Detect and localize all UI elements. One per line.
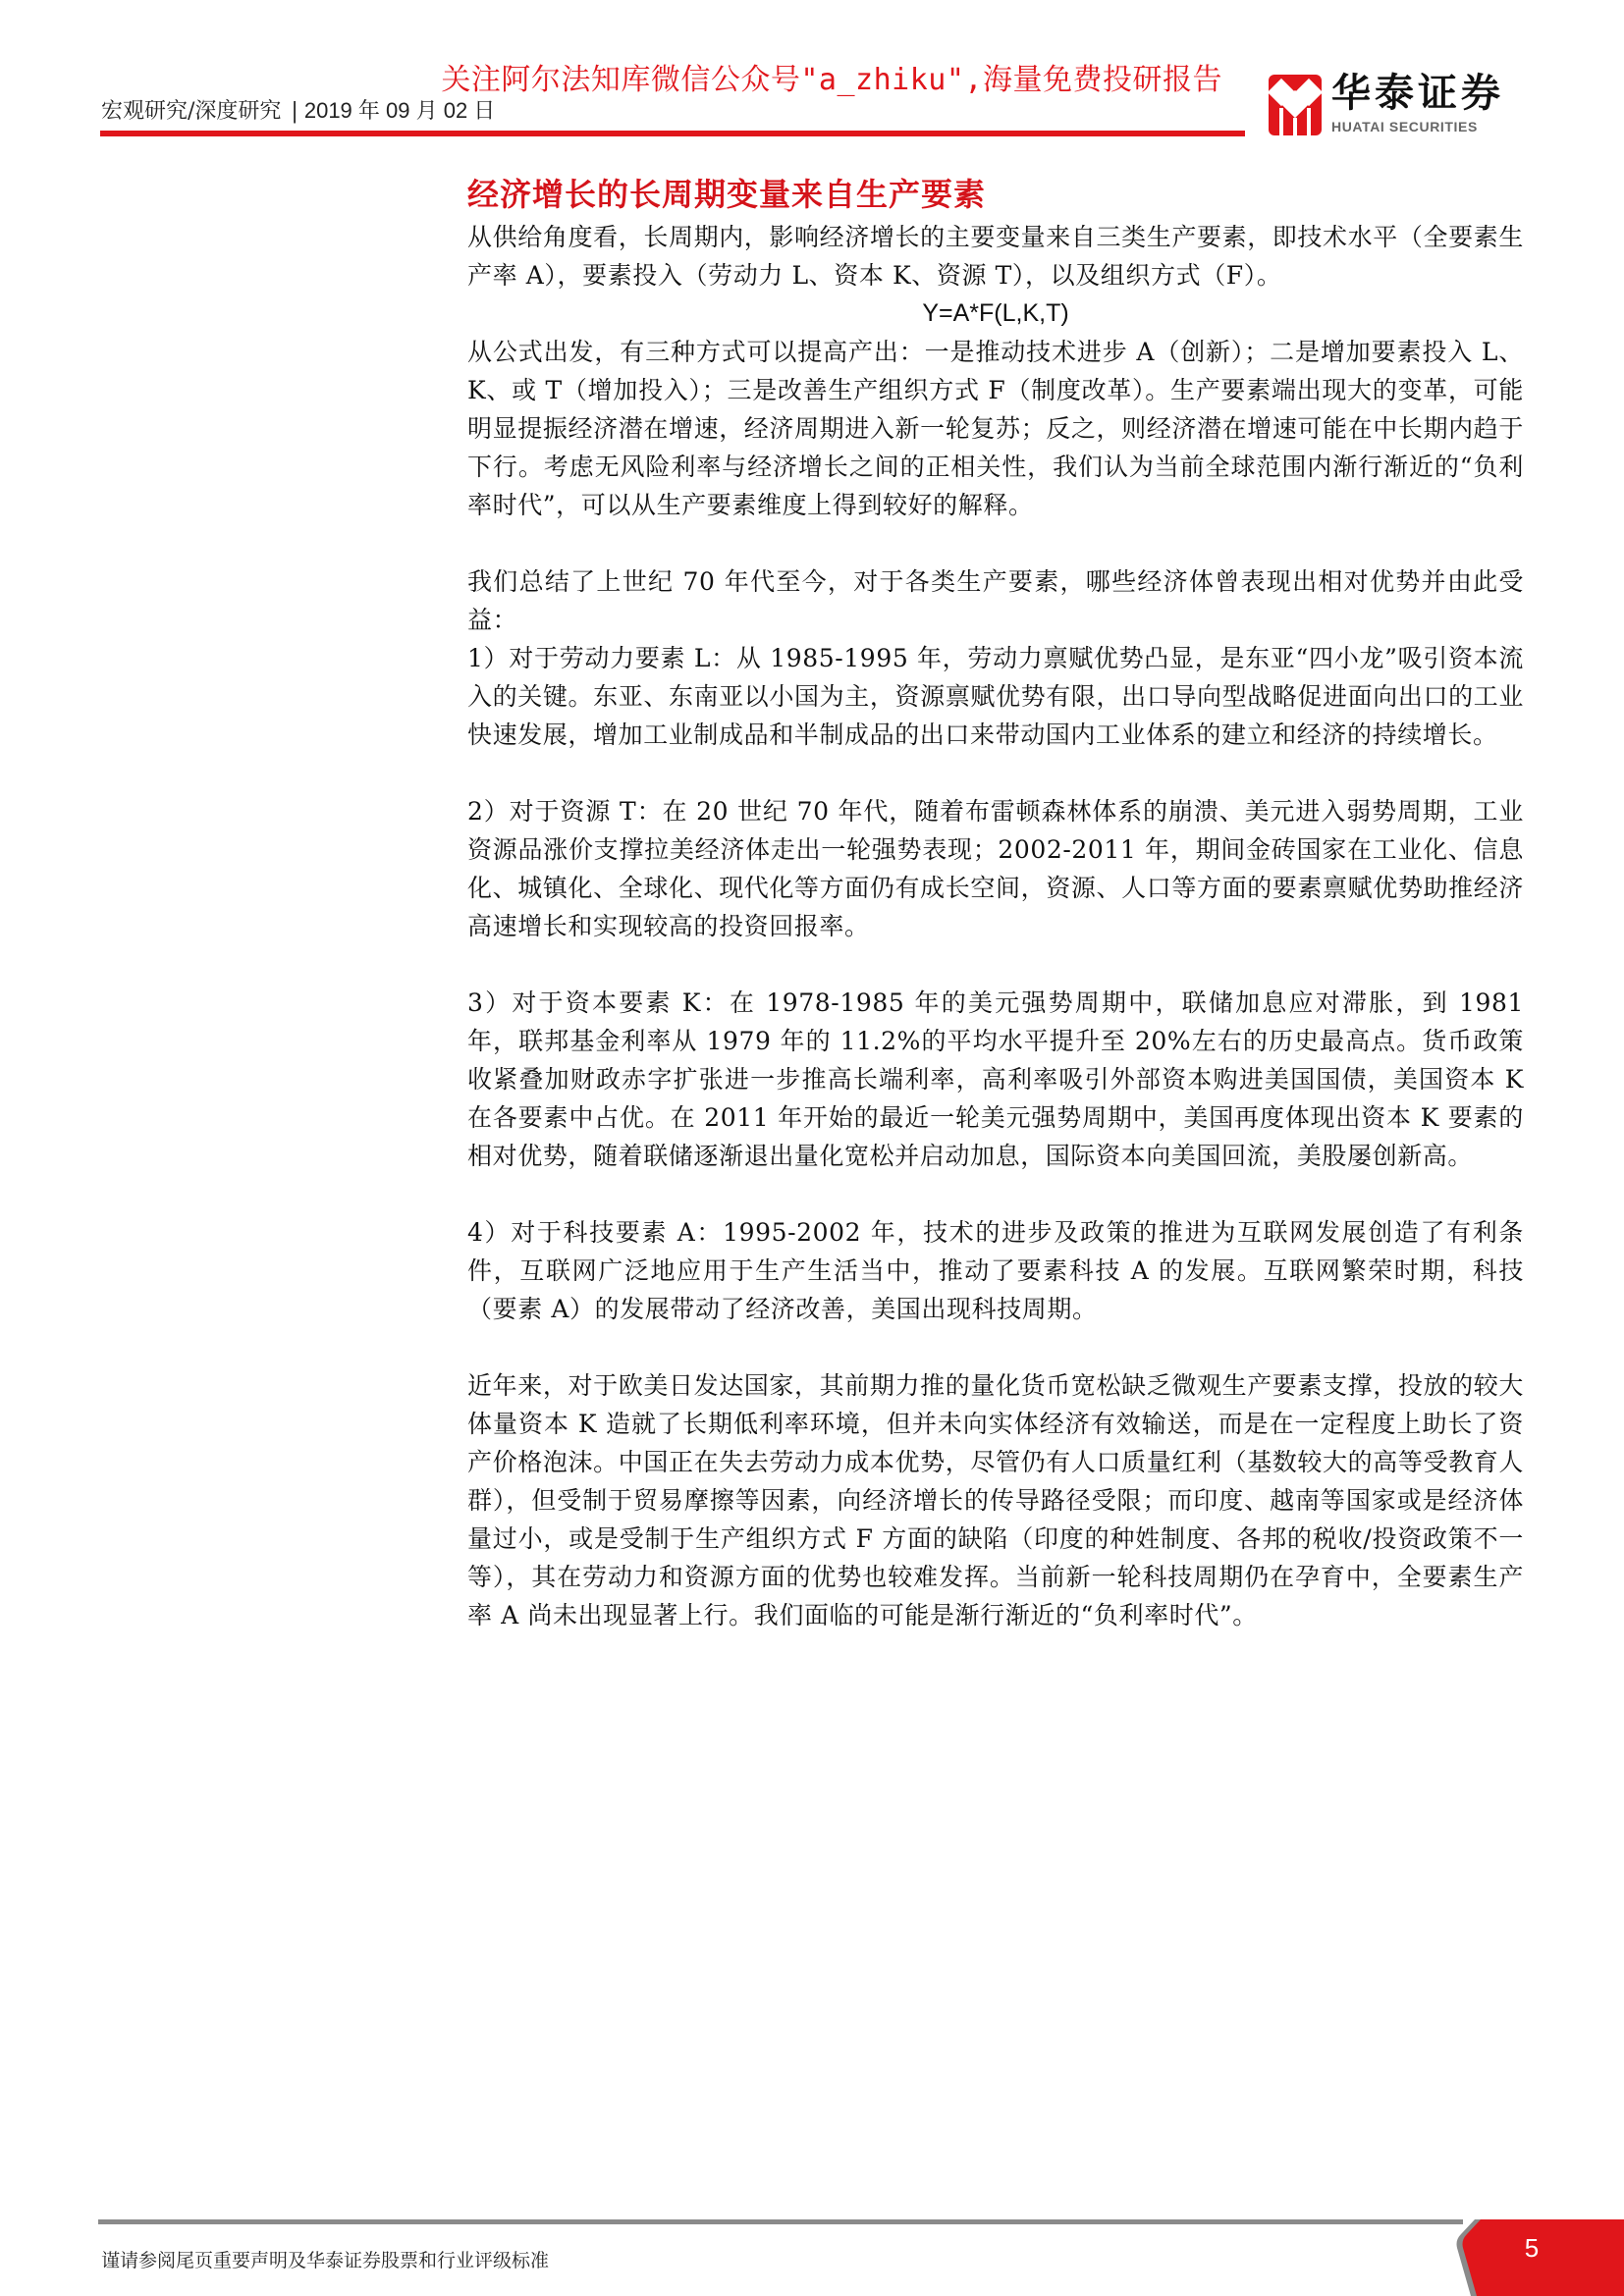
huatai-diamond-logo-icon [1269, 75, 1322, 135]
logo-name-cn: 华泰证券 [1331, 71, 1504, 116]
section-title: 经济增长的长周期变量来自生产要素 [467, 173, 1524, 216]
paragraph-labor: 1）对于劳动力要素 L：从 1985-1995 年，劳动力禀赋优势凸显，是东亚“… [467, 639, 1524, 754]
paragraph-capital: 3）对于资本要素 K：在 1978-1985 年的美元强势周期中，联储加息应对滞… [467, 984, 1524, 1175]
report-date: 2019 年 09 月 02 日 [304, 98, 495, 123]
meta-separator: | [291, 99, 298, 124]
report-meta: 宏观研究/深度研究|2019 年 09 月 02 日 [101, 96, 495, 127]
report-category: 宏观研究/深度研究 [101, 99, 281, 124]
huatai-logo: 华泰证券 HUATAI SECURITIES [1269, 71, 1534, 139]
promo-banner: 关注阿尔法知库微信公众号"a_zhiku",海量免费投研报告 [0, 63, 1222, 98]
logo-name-en: HUATAI SECURITIES [1331, 118, 1478, 135]
main-content: 经济增长的长周期变量来自生产要素 从供给角度看，长周期内，影响经济增长的主要变量… [467, 173, 1524, 1634]
paragraph-technology: 4）对于科技要素 A：1995-2002 年，技术的进步及政策的推进为互联网发展… [467, 1213, 1524, 1328]
paragraph-summary-lead: 我们总结了上世纪 70 年代至今，对于各类生产要素，哪些经济体曾表现出相对优势并… [467, 562, 1524, 639]
footer-disclaimer: 谨请参阅尾页重要声明及华泰证券股票和行业评级标准 [101, 2248, 549, 2273]
formula: Y=A*F(L,K,T) [467, 294, 1524, 333]
paragraph-resources: 2）对于资源 T：在 20 世纪 70 年代，随着布雷顿森林体系的崩溃、美元进入… [467, 792, 1524, 945]
header-divider [100, 131, 1245, 136]
page-number: 5 [1512, 2233, 1551, 2263]
footer-divider [98, 2219, 1463, 2224]
paragraph-methods: 从公式出发，有三种方式可以提高产出：一是推动技术进步 A（创新）；二是增加要素投… [467, 333, 1524, 524]
paragraph-conclusion: 近年来，对于欧美日发达国家，其前期力推的量化货币宽松缺乏微观生产要素支撑，投放的… [467, 1366, 1524, 1634]
paragraph-intro: 从供给角度看，长周期内，影响经济增长的主要变量来自三类生产要素，即技术水平（全要… [467, 218, 1524, 294]
